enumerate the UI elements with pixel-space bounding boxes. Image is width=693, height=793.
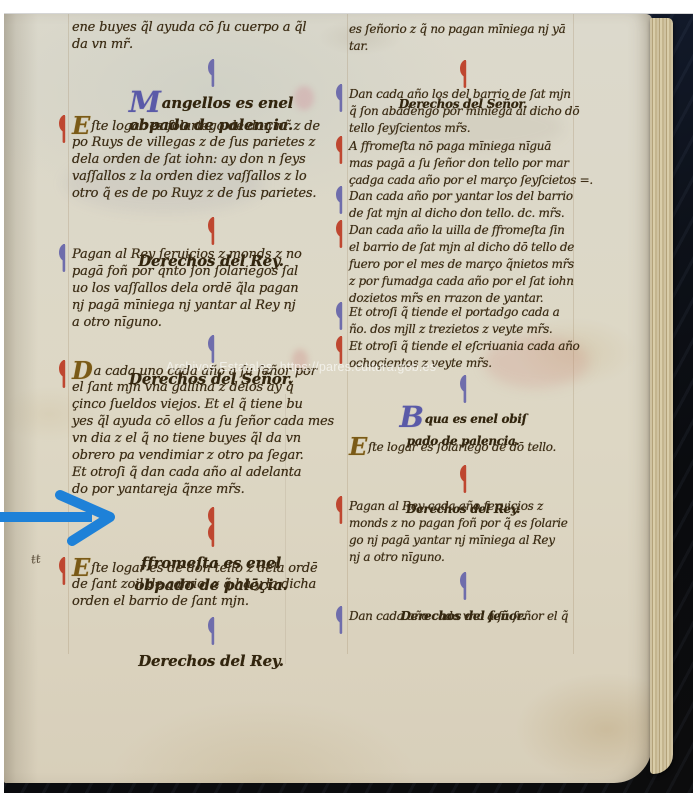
manuscript-paragraph: Dan cada año cada vno a ſu ſeñor el q̃	[349, 608, 577, 625]
manuscript-line: Et otroſi q̃ tiende el eſcriuania cada a…	[349, 338, 577, 355]
manuscript-line: Bqua es enel obiſ	[349, 408, 577, 430]
manuscript-line: po Ruys de villegas z de ſus parietes z	[72, 134, 350, 151]
blue-pilcrow-mark	[330, 83, 344, 117]
manuscript-paragraph: ene buyes q̃l ayuda cō ſu cuerpo a q̃lda…	[72, 19, 350, 53]
text-column-left: ene buyes q̃l ayuda cō ſu cuerpo a q̃lda…	[72, 14, 350, 674]
manuscript-line: yes q̃l ayuda cō ellos a ſu ſeñor cada m…	[72, 413, 350, 430]
manuscript-line: ño. dos mjll z trezietos z veyte mr̃s.	[349, 321, 577, 338]
manuscript-line: monds z no pagan foñ por q̃ es ſolarie	[349, 515, 577, 532]
red-pilcrow-mark	[330, 335, 344, 369]
manuscript-line: otro q̃ es de po Ruyz z de ſus parietes.	[72, 185, 350, 202]
manuscript-line: pagā foñ por q̃nto ſon ſolariegos ſal	[72, 263, 350, 280]
margin-scribble: ŧŧ	[30, 552, 41, 567]
manuscript-line: ochoçientos z veyte mr̃s.	[349, 355, 577, 372]
manuscript-paragraph: Dan cada año por yantar los del barriode…	[349, 188, 577, 222]
pilcrow-icon	[202, 616, 216, 646]
manuscript-line: es ſeñorio z q̃ no pagan mīniega nj yā	[349, 21, 577, 38]
manuscript-paragraph: Eſte logar es de don tello z dela ordēde…	[72, 559, 350, 610]
manuscript-line: Eſte logar es de don tello z dela ordē	[72, 559, 350, 576]
manuscript-paragraph: es ſeñorio z q̃ no pagan mīniega nj yāta…	[349, 21, 577, 55]
pilcrow-icon	[454, 374, 468, 404]
pilcrow-icon	[202, 216, 216, 246]
arrow-right-icon	[0, 495, 110, 541]
pilcrow-icon	[53, 556, 67, 586]
manuscript-line: mas pagā a ſu ſeñor don tello por mar	[349, 155, 577, 172]
red-pilcrow-mark	[454, 464, 468, 498]
pilcrow-icon	[53, 114, 67, 144]
manuscript-line: çadga cada año por el março ſeyſcietos =…	[349, 172, 577, 189]
manuscript-line: Pagan al Rey cada año ſeruiçios z	[349, 498, 577, 515]
column-ruling-line	[68, 14, 69, 654]
manuscript-line: tello ſeyſcientos mr̃s.	[349, 120, 577, 137]
manuscript-paragraph: Et otroſi q̃ tiende el portadgo cada año…	[349, 304, 577, 338]
manuscript-paragraph: Dan cada año la uilla de ffromeſta ſinel…	[349, 222, 577, 307]
manuscript-line: A ffromeſta nō paga mīniega nīguā	[349, 138, 577, 155]
manuscript-line: Da cada uno cada año a ſu ſeñor por	[72, 362, 350, 379]
manuscript-line: q̃ ſon abadengo por mīniega al dicho dō	[349, 103, 577, 120]
pilcrow-icon	[330, 83, 344, 113]
manuscript-page: ene buyes q̃l ayuda cō ſu cuerpo a q̃lda…	[4, 14, 652, 783]
manuscript-paragraph: Da cada uno cada año a ſu ſeñor porel ſa…	[72, 362, 350, 498]
manuscript-line: nj a otro nīguno.	[349, 549, 577, 566]
manuscript-line: vaſſallos z la orden diez vaſſallos z lo	[72, 168, 350, 185]
book-page-edges	[650, 18, 673, 774]
manuscript-line: fuero por el mes de março q̃nietos mr̃s	[349, 256, 577, 273]
blue-pilcrow-mark	[330, 185, 344, 219]
blue-pilcrow-mark	[454, 374, 468, 408]
manuscript-line: Eſte logar es ſolariego de dō tello.	[349, 438, 577, 455]
manuscript-line: nj pagā mīniega nj yantar al Rey nj	[72, 297, 350, 314]
red-pilcrow-mark	[330, 219, 344, 253]
manuscript-paragraph: Eſte logar es ſolariego de dō tello.	[349, 438, 577, 455]
manuscript-line: Dan cada año cada vno a ſu ſeñor el q̃	[349, 608, 577, 625]
decorated-initial: E	[349, 432, 367, 461]
manuscript-line: obrero pa vendimiar z otro pa ſegar.	[72, 447, 350, 464]
manuscript-paragraph: Dan cada año los del barrio de ſat mjnq̃…	[349, 86, 577, 137]
pilcrow-icon	[202, 58, 216, 88]
red-pilcrow-mark	[330, 135, 344, 169]
red-double-pilcrow-mark	[202, 506, 216, 552]
manuscript-line: Et otroſi q̃ tiende el portadgo cada a	[349, 304, 577, 321]
blue-arrow-annotation	[0, 488, 125, 550]
blue-pilcrow-mark	[202, 58, 216, 92]
manuscript-line: a otro nīguno.	[72, 314, 350, 331]
decorated-initial: B	[400, 400, 424, 434]
text-column-right: es ſeñorio z q̃ no pagan mīniega nj yāta…	[349, 14, 577, 674]
pilcrow-icon	[53, 243, 67, 273]
pilcrow-icon	[454, 464, 468, 494]
pilcrow-icon	[53, 359, 67, 389]
blue-pilcrow-mark	[202, 616, 216, 650]
manuscript-line: Mangellos es enel	[72, 92, 350, 114]
blue-pilcrow-mark	[454, 571, 468, 605]
manuscript-line: Derechos del Rey.	[72, 650, 350, 672]
pilcrow-icon	[330, 185, 344, 215]
manuscript-line: çinco ſueldos viejos. Et el q̃ tiene bu	[72, 396, 350, 413]
pilcrow-icon	[202, 334, 216, 364]
manuscript-paragraph: Pagan al Rey ſeruiçios z monds z nopagā …	[72, 246, 350, 331]
pilcrow-icon	[330, 335, 344, 365]
manuscript-line: el barrio de ſat mjn al dicho dō tello d…	[349, 239, 577, 256]
blue-pilcrow-mark	[330, 301, 344, 335]
red-pilcrow-mark	[330, 495, 344, 529]
red-pilcrow-mark	[53, 556, 67, 590]
pilcrow-icon	[330, 495, 344, 525]
blue-pilcrow-mark	[53, 243, 67, 277]
manuscript-line: da vn mr̃.	[72, 36, 350, 53]
red-pilcrow-mark	[53, 359, 67, 393]
manuscript-line: de ſant zoil de carrio. z q̃ ha y la dic…	[72, 576, 350, 593]
manuscript-photo: ene buyes q̃l ayuda cō ſu cuerpo a q̃lda…	[4, 13, 693, 793]
manuscript-paragraph: Eſte logar es ſolariego de don nr̃ z dep…	[72, 117, 350, 202]
manuscript-line: uo los vaſſallos dela ordē q̃la pagan	[72, 280, 350, 297]
pilcrow-icon	[202, 506, 216, 548]
manuscript-line: de ſat mjn al dicho don tello. dc. mr̃s.	[349, 205, 577, 222]
pilcrow-icon	[330, 605, 344, 635]
pilcrow-icon	[454, 571, 468, 601]
manuscript-paragraph: Pagan al Rey cada año ſeruiçios zmonds z…	[349, 498, 577, 566]
manuscript-paragraph: A ffromeſta nō paga mīniega nīguāmas pag…	[349, 138, 577, 189]
pilcrow-icon	[454, 59, 468, 89]
manuscript-line: Dan cada año por yantar los del barrio	[349, 188, 577, 205]
blue-pilcrow-mark	[330, 605, 344, 639]
manuscript-line: el ſant mjn vna gallina z delos ay q̃	[72, 379, 350, 396]
manuscript-line: z por fumadga cada año por el ſat iohn	[349, 273, 577, 290]
manuscript-line: Et otroſi q̃ dan cada año al adelanta	[72, 464, 350, 481]
manuscript-viewer: ene buyes q̃l ayuda cō ſu cuerpo a q̃lda…	[0, 0, 693, 793]
manuscript-line: Pagan al Rey ſeruiçios z monds z no	[72, 246, 350, 263]
red-pilcrow-mark	[202, 216, 216, 250]
manuscript-line: go nj pagā yantar nj mīniega al Rey	[349, 532, 577, 549]
pilcrow-icon	[330, 301, 344, 331]
manuscript-line: dela orden de ſat iohn: ay don n ſeys	[72, 151, 350, 168]
manuscript-line: orden el barrio de ſant mjn.	[72, 593, 350, 610]
manuscript-paragraph: Et otroſi q̃ tiende el eſcriuania cada a…	[349, 338, 577, 372]
pilcrow-icon	[330, 219, 344, 249]
manuscript-line: Dan cada año la uilla de ffromeſta ſin	[349, 222, 577, 239]
manuscript-line: Dan cada año los del barrio de ſat mjn	[349, 86, 577, 103]
manuscript-line: tar.	[349, 38, 577, 55]
manuscript-line: Eſte logar es ſolariego de don nr̃ z de	[72, 117, 350, 134]
manuscript-line: ene buyes q̃l ayuda cō ſu cuerpo a q̃l	[72, 19, 350, 36]
pilcrow-icon	[330, 135, 344, 165]
manuscript-line: vn dia z el q̃ no tiene buyes q̃l da vn	[72, 430, 350, 447]
red-pilcrow-mark	[53, 114, 67, 148]
manuscript-heading: Derechos del Rey.	[72, 616, 350, 672]
